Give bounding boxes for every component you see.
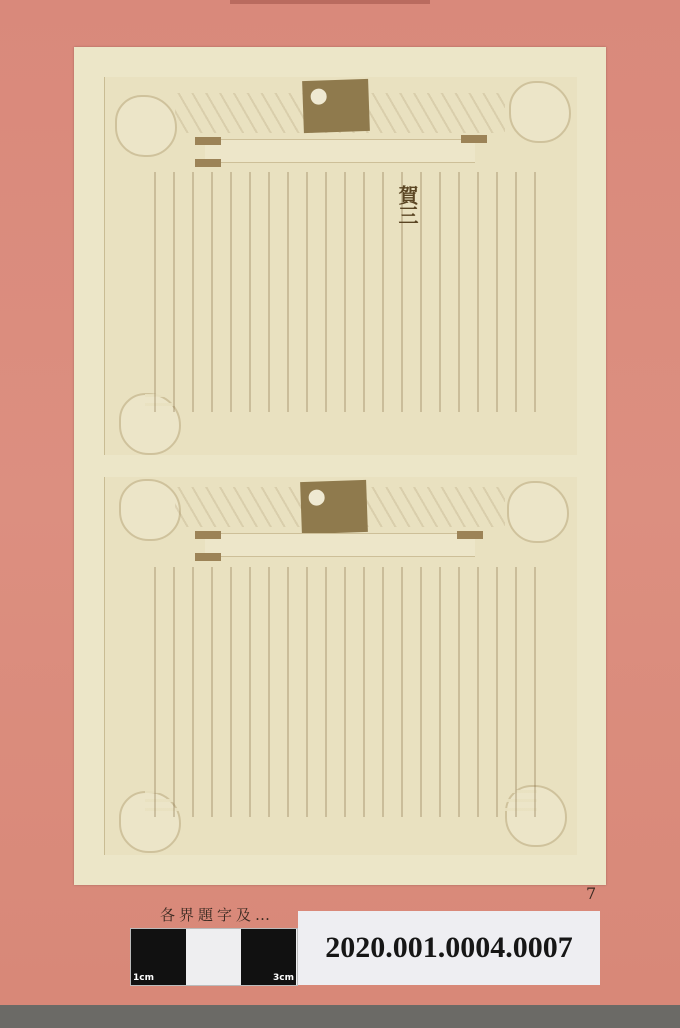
plum-blossom-icon — [507, 481, 569, 543]
scale-label-3cm: 3cm — [273, 973, 294, 983]
scale-label-1cm: 1cm — [133, 973, 154, 983]
plum-blossom-icon — [115, 95, 177, 157]
handwritten-inscriptions — [145, 172, 537, 412]
white-sun-icon — [310, 88, 327, 105]
scale-segment-3cm: 3cm — [241, 929, 296, 985]
accession-number-label: 2020.001.0004.0007 — [298, 911, 600, 985]
white-sun-icon — [308, 489, 325, 506]
mat-top-edge — [230, 0, 430, 4]
ribbon-tail — [195, 159, 221, 167]
handwritten-caption: 各界題字及… — [160, 904, 274, 925]
ribbon-tail — [195, 137, 221, 145]
handwritten-inscriptions — [145, 567, 537, 817]
flag-icon — [300, 480, 368, 534]
ribbon-tail — [195, 553, 221, 561]
title-ribbon — [205, 533, 475, 557]
archival-photograph: 賀三 — [74, 47, 606, 885]
ribbon-tail — [195, 531, 221, 539]
title-ribbon — [205, 139, 475, 163]
flag-icon — [302, 79, 370, 133]
large-characters: 賀三 — [393, 185, 422, 225]
plum-blossom-icon — [119, 479, 181, 541]
scale-bar: 1cm 3cm — [130, 928, 298, 986]
ribbon-tail — [461, 135, 487, 143]
bottom-signature-sheet — [104, 477, 577, 855]
ribbon-tail — [457, 531, 483, 539]
plum-blossom-icon — [509, 81, 571, 143]
scale-segment-1cm: 1cm — [131, 929, 186, 985]
top-signature-sheet: 賀三 — [104, 77, 577, 455]
table-surface — [0, 1005, 680, 1028]
page-number: 7 — [586, 884, 596, 903]
